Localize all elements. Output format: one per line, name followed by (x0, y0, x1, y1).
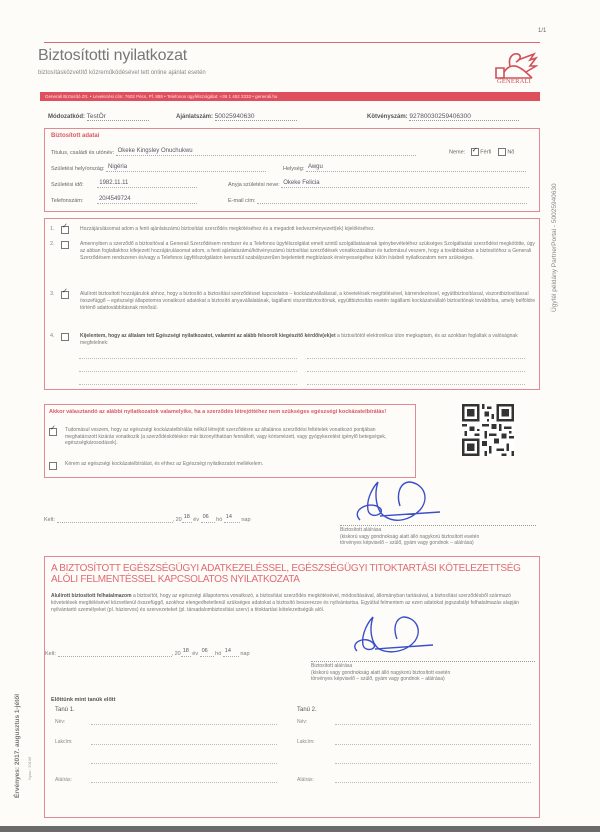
month-field[interactable]: 06 (200, 649, 214, 657)
declaration-number: 2. (50, 241, 55, 248)
declaration-1-checkbox[interactable] (61, 226, 69, 234)
consent-heading: A BIZTOSÍTOTT EGÉSZSÉGÜGYI ADATKEZELÉSSE… (51, 563, 531, 585)
birthplace-row: Születési hely/ország: Nigéria (51, 164, 266, 172)
form-number-vertical: Nysz.: 20106 (27, 757, 32, 780)
consent-body: Alulírott biztosított felhatalmazom a bi… (51, 593, 531, 613)
kelt-label: Kelt: (45, 651, 56, 657)
questionnaire-line[interactable] (307, 370, 525, 372)
mode-code: Módozatkód: TestÖr (48, 113, 149, 121)
gender-female-label: Nő (507, 149, 514, 155)
company-info-text: Generali Biztosító Zrt. • Levelezési cím… (40, 92, 540, 101)
witness-1-name-label: Név: (55, 719, 65, 725)
offer-number-label: Ajánlatszám: (176, 114, 213, 120)
policy-number-label: Kötvényszám: (367, 114, 408, 120)
witness-1-address-label: Lakcím: (55, 739, 73, 745)
signature-1-icon (340, 480, 450, 525)
year-field[interactable]: 18 (181, 649, 191, 657)
questionnaire-line[interactable] (307, 357, 525, 359)
witness-1-signature-label: Aláírás: (55, 777, 72, 783)
birthdate-label: Születési idő: (51, 182, 84, 188)
gender-female-checkbox[interactable] (498, 148, 506, 156)
health-data-consent-section: A BIZTOSÍTOTT EGÉSZSÉGÜGYI ADATKEZELÉSSE… (44, 556, 540, 818)
month-value: 06 (203, 514, 209, 520)
day-field[interactable]: 14 (223, 649, 239, 657)
witness-2-name-label: Név: (297, 719, 307, 725)
phone-field[interactable]: 20/4549724 (97, 196, 197, 204)
email-label: E-mail cím: (228, 198, 256, 204)
kelt-label: Kelt: (44, 517, 55, 523)
email-row: E-mail cím: (228, 196, 527, 204)
policy-number: Kötvényszám: 92780030259406300 (367, 113, 519, 121)
witness-2-signature-field[interactable] (335, 781, 531, 783)
mode-code-label: Módozatkód: (48, 114, 85, 120)
brand-name: GENERALI (488, 78, 540, 85)
declaration-text: Amennyiben a szerződő a biztosítóval a G… (80, 241, 538, 261)
witness-2-address-field[interactable] (335, 743, 531, 745)
gender-male-label: Férfi (480, 149, 491, 155)
insured-section-title: Biztosított adatai (51, 133, 99, 139)
locality-row: Helység: Awgu (283, 164, 526, 172)
questionnaire-line[interactable] (79, 357, 297, 359)
declaration-2-checkbox[interactable] (61, 241, 69, 249)
signing-place-field[interactable] (57, 515, 173, 523)
witness-1-title: Tanú 1. (55, 707, 75, 713)
insured-data-section: Biztosított adatai Titulus, családi és u… (44, 128, 540, 212)
signature-note: törvényes képviselő – szülő, gyám vagy g… (311, 676, 450, 683)
signature-2-line[interactable] (311, 661, 535, 662)
signature-1-line[interactable] (340, 525, 536, 526)
year-value: 18 (183, 648, 189, 654)
mother-name-field[interactable]: Okeke Felicia (281, 180, 529, 188)
document-subtitle: biztosításközvetítő közreműködésével tet… (38, 70, 206, 76)
name-value: Okeke Kingsley Onuchukwu (118, 148, 193, 154)
signature-2-caption: Biztosított aláírása (kiskorú vagy gondn… (311, 663, 450, 683)
health-assessment-section: Akkor választandó az alábbi nyilatkozato… (44, 404, 416, 478)
year-field[interactable]: 18 (182, 515, 192, 523)
health-option-1-checkbox[interactable] (49, 428, 57, 436)
declaration-text: Kijelentem, hogy az általam tett Egészsé… (80, 333, 538, 347)
signature-note: törvényes képviselő – szülő, gyám vagy g… (340, 540, 479, 547)
witnesses-heading: Előttünk mint tanúk előtt (51, 697, 115, 703)
month-field[interactable]: 06 (201, 515, 215, 523)
email-field[interactable] (257, 196, 527, 204)
page-number: 1/1 (538, 28, 546, 34)
witness-2-title: Tanú 2. (297, 707, 317, 713)
health-option-text: Tudomásul veszem, hogy az egészségi kock… (65, 427, 405, 447)
mother-name-row: Anyja születési neve: Okeke Felicia (228, 180, 529, 188)
birthdate-field[interactable]: 1982.11.11 (97, 180, 197, 188)
declaration-4-bold: Kijelentem, hogy az általam tett Egészsé… (80, 333, 336, 339)
witness-2-name-field[interactable] (335, 723, 531, 725)
validity-vertical: Érvényes: 2017. augusztus 1-jétől (14, 694, 21, 798)
health-option-text: Kérem az egészségi kockázatelbírálást, é… (65, 461, 405, 468)
day-label: nap (241, 517, 250, 523)
birthplace-label: Születési hely/ország: (51, 166, 105, 172)
name-field[interactable]: Okeke Kingsley Onuchukwu (116, 148, 416, 156)
name-label: Titulus, családi és utónév: (51, 150, 114, 156)
day-value: 14 (225, 648, 231, 654)
declaration-4-checkbox[interactable] (61, 333, 69, 341)
signing-date-1: Kelt: , 2018 év 06 hó 14 nap (44, 515, 251, 523)
mode-code-value[interactable]: TestÖr (87, 113, 149, 121)
phone-label: Telefonszám: (51, 198, 83, 204)
day-field[interactable]: 14 (224, 515, 240, 523)
health-option-2-checkbox[interactable] (49, 462, 57, 470)
locality-field[interactable]: Awgu (306, 164, 526, 172)
phone-row: Telefonszám: 20/4549724 (51, 196, 197, 204)
header-rule (44, 42, 540, 43)
birthdate-row: Születési idő: 1982.11.11 (51, 180, 197, 188)
birthplace-field[interactable]: Nigéria (106, 164, 266, 172)
witness-1-signature-field[interactable] (91, 781, 277, 783)
month-label: hó (216, 517, 222, 523)
gender-row: Neme: Férfi Nő (449, 148, 514, 156)
locality-value: Awgu (308, 164, 323, 170)
scan-edge (0, 826, 600, 832)
consent-body-bold: Alulírott biztosított felhatalmazom (51, 593, 132, 599)
copy-type-vertical: Ügyfél példány PartnerPortal - 500259406… (551, 183, 558, 312)
signature-2-icon (345, 615, 435, 657)
declaration-number: 3. (50, 291, 55, 298)
phone-value: 20/4549724 (99, 196, 131, 202)
witness-2-address-label: Lakcím: (297, 739, 315, 745)
witness-1-address-field[interactable] (91, 743, 277, 745)
witness-2-signature-label: Aláírás: (297, 777, 314, 783)
declaration-number: 1. (50, 226, 55, 233)
signature-1-caption: Biztosított aláírása (kiskorú vagy gondn… (340, 527, 479, 547)
declaration-text: Alulírott biztosított hozzájárulok ahhoz… (80, 291, 538, 311)
signing-date-2: Kelt: , 2018 év 06 hó 14 nap (45, 649, 250, 657)
year-label: év (192, 651, 198, 657)
qr-code-icon (462, 404, 514, 456)
company-info-bar: Generali Biztosító Zrt. • Levelezési cím… (40, 92, 540, 101)
mother-name-label: Anyja születési neve: (228, 182, 280, 188)
witness-1-name-field[interactable] (91, 723, 277, 725)
birthplace-value: Nigéria (108, 164, 127, 170)
locality-label: Helység: (283, 166, 304, 172)
questionnaire-line[interactable] (79, 370, 297, 372)
birthdate-value: 1982.11.11 (99, 180, 128, 186)
offer-number: Ajánlatszám: 50025940630 (176, 113, 297, 121)
signing-place-field[interactable] (58, 649, 172, 657)
day-label: nap (240, 651, 249, 657)
witness-2-address-field-2[interactable] (335, 762, 531, 764)
policy-number-value[interactable]: 92780030259406300 (409, 113, 519, 121)
document-title: Biztosítotti nyilatkozat (38, 47, 187, 65)
questionnaire-line[interactable] (79, 383, 297, 385)
declarations-section: 1. Hozzájárulásomat adom a fenti ajánlat… (44, 218, 540, 390)
day-value: 14 (226, 514, 232, 520)
offer-number-value[interactable]: 50025940630 (215, 113, 297, 121)
mother-name-value: Okeke Felicia (283, 180, 319, 186)
year-label: év (193, 517, 199, 523)
document-page: 1/1 Biztosítotti nyilatkozat biztosításk… (0, 0, 600, 832)
gender-male-checkbox[interactable] (471, 148, 479, 156)
declaration-text: Hozzájárulásomat adom a fenti ajánlatszá… (80, 226, 538, 233)
declaration-number: 4. (50, 333, 55, 340)
name-row: Titulus, családi és utónév: Okeke Kingsl… (51, 148, 416, 156)
year-value: 18 (184, 514, 190, 520)
month-label: hó (215, 651, 221, 657)
gender-label: Neme: (449, 149, 465, 155)
questionnaire-line[interactable] (307, 383, 525, 385)
witness-1-address-field-2[interactable] (91, 762, 277, 764)
declaration-3-checkbox[interactable] (61, 291, 69, 299)
month-value: 06 (202, 648, 208, 654)
health-heading: Akkor választandó az alábbi nyilatkozato… (49, 409, 409, 416)
